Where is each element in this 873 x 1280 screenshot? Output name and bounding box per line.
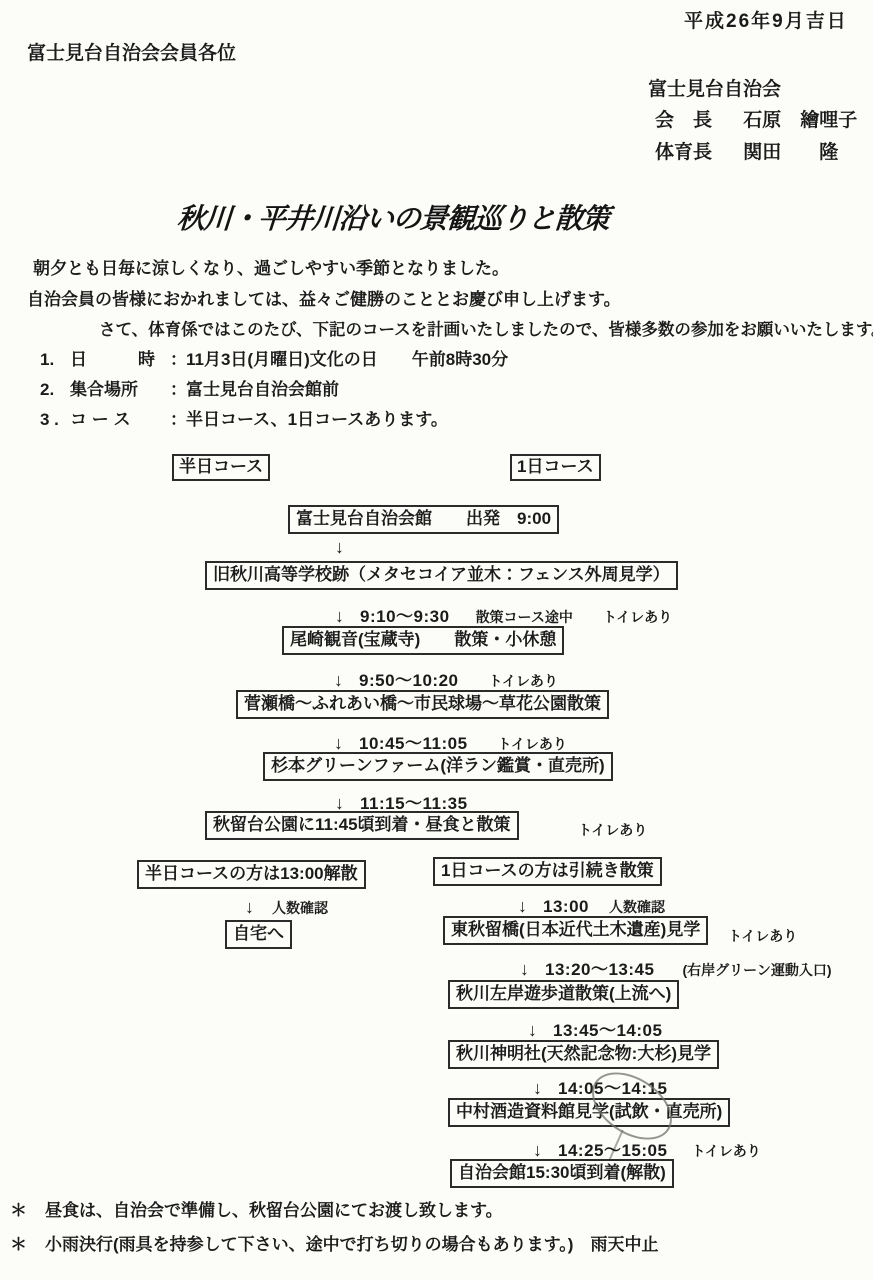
step-time: 9:10～9:30 <box>360 607 450 626</box>
toilet-note: トイレあり <box>498 736 567 752</box>
detail-colon: ： <box>170 349 186 370</box>
flow-box-sugimoto-green-farm: 杉本グリーンファーム(洋ラン鑑賞・直売所) <box>263 752 613 781</box>
flow-box-ozaki-kannon: 尾崎観音(宝蔵寺) 散策・小休憩 <box>282 626 564 655</box>
detail-row-course: 3 .コ ー ス：半日コース、1日コースあります。 <box>40 409 448 430</box>
greeting-line-2: 自治会員の皆様におかれましては、益々ご健勝のこととお慶び申し上げます。 <box>27 289 621 310</box>
detail-value: 富士見台自治会館前 <box>186 380 339 399</box>
full-day-step-1: ↓13:00人数確認 <box>518 896 665 917</box>
flow-step-2: ↓9:10～9:30散策コース途中トイレあり <box>335 602 672 627</box>
detail-label: コ ー ス <box>70 409 170 430</box>
down-arrow-icon: ↓ <box>528 1020 537 1040</box>
half-day-course-header: 半日コース <box>172 454 270 481</box>
flow-box-higashi-akiru-bridge: 東秋留橋(日本近代土木遺産)見学 <box>443 916 708 945</box>
officer-name: 石原 繪哩子 <box>743 110 857 131</box>
flow-box-akirudai-park-lunch: 秋留台公園に11:45頃到着・昼食と散策 <box>205 811 519 840</box>
down-arrow-icon: ↓ <box>335 793 344 813</box>
half-day-home-box: 自宅へ <box>225 920 292 949</box>
step-time: 14:25～15:05 <box>558 1141 667 1160</box>
flow-box-old-akigawa-school: 旧秋川高等学校跡（メタセコイア並木：フェンス外周見学） <box>205 561 678 590</box>
step-time: 13:45～14:05 <box>553 1021 662 1040</box>
headcount-note: 人数確認 <box>609 899 665 915</box>
scanned-notice-page: 平成26年9月吉日 富士見台自治会会員各位 富士見台自治会 会 長 石原 繪哩子… <box>0 0 873 1280</box>
detail-number: 3 . <box>40 409 70 430</box>
officer-title: 体育長 <box>655 141 738 165</box>
down-arrow-icon: ↓ <box>245 897 254 917</box>
footnote-rain: ＊小雨決行(雨具を持参して下さい、途中で打ち切りの場合もあります。) 雨天中止 <box>10 1234 658 1255</box>
down-arrow-icon: ↓ <box>518 896 527 916</box>
page-title: 秋川・平井川沿いの景観巡りと散策 <box>176 197 611 237</box>
half-day-dismiss-box: 半日コースの方は13:00解散 <box>137 860 366 889</box>
officer-title: 会 長 <box>655 109 738 133</box>
full-day-continue-box: 1日コースの方は引続き散策 <box>433 857 662 886</box>
down-arrow-icon: ↓ <box>533 1078 542 1098</box>
step-note: 散策コース途中 <box>476 609 573 625</box>
detail-row-datetime: 1.日 時：11月3日(月曜日)文化の日 午前8時30分 <box>40 349 508 370</box>
down-arrow-icon: ↓ <box>533 1140 542 1160</box>
flow-box-suzase-bridge-walk: 菅瀬橋～ふれあい橋～市民球場～草花公園散策 <box>236 690 609 719</box>
detail-label: 日 時 <box>70 349 170 370</box>
greeting-line-3: さて、体育係ではこのたび、下記のコースを計画いたしましたので、皆様多数の参加をお… <box>99 320 873 341</box>
down-arrow-icon: ↓ <box>520 959 529 979</box>
step-time: 10:45～11:05 <box>359 734 468 753</box>
detail-colon: ： <box>170 409 186 430</box>
full-day-course-header: 1日コース <box>510 454 601 481</box>
asterisk-mark: ＊ <box>10 1235 27 1254</box>
step-time: 13:20～13:45 <box>545 960 654 979</box>
date-line: 平成26年9月吉日 <box>684 10 848 34</box>
toilet-note: トイレあり <box>603 609 672 625</box>
detail-label: 集合場所 <box>70 379 170 400</box>
headcount-note: 人数確認 <box>272 900 328 916</box>
down-arrow-icon: ↓ <box>334 733 343 753</box>
detail-number: 2. <box>40 379 70 400</box>
officer-row-chairman: 会 長 石原 繪哩子 <box>655 109 857 133</box>
flow-box-start-hall: 富士見台自治会館 出発 9:00 <box>288 505 559 534</box>
detail-number: 1. <box>40 349 70 370</box>
asterisk-mark: ＊ <box>10 1201 27 1220</box>
addressee: 富士見台自治会会員各位 <box>27 42 236 66</box>
flow-box-nakamura-brewery: 中村酒造資料館見学(試飲・直売所) <box>448 1098 730 1127</box>
full-day-step-2: ↓13:20～13:45(右岸グリーン運動入口) <box>520 955 832 980</box>
footnote-text: 小雨決行(雨具を持参して下さい、途中で打ち切りの場合もあります。) 雨天中止 <box>45 1235 658 1254</box>
detail-colon: ： <box>170 379 186 400</box>
flow-step-4: ↓10:45～11:05トイレあり <box>334 729 567 754</box>
org-name: 富士見台自治会 <box>648 78 781 102</box>
flow-box-hall-return: 自治会館15:30頃到着(解散) <box>450 1159 674 1188</box>
flow-box-shinmeisha-shrine: 秋川神明社(天然記念物:大杉)見学 <box>448 1040 719 1069</box>
down-arrow-icon: ↓ <box>335 537 344 557</box>
step-note: (右岸グリーン運動入口) <box>682 962 831 978</box>
footnote-lunch: ＊昼食は、自治会で準備し、秋留台公園にてお渡し致します。 <box>10 1200 503 1221</box>
footnote-text: 昼食は、自治会で準備し、秋留台公園にてお渡し致します。 <box>45 1201 503 1220</box>
toilet-note: トイレあり <box>691 1143 760 1159</box>
flow-box-left-bank-walk: 秋川左岸遊歩道散策(上流へ) <box>448 980 679 1009</box>
officer-name: 関田 隆 <box>743 142 838 163</box>
full-day-step-5: ↓14:25～15:05トイレあり <box>533 1136 761 1161</box>
full-day-step-3: ↓13:45～14:05 <box>528 1016 662 1041</box>
officer-row-sports-chief: 体育長 関田 隆 <box>655 141 838 165</box>
flow-step-3: ↓9:50～10:20トイレあり <box>334 666 558 691</box>
half-day-step-1: ↓人数確認 <box>245 897 328 918</box>
toilet-note: トイレあり <box>728 926 797 946</box>
detail-value: 11月3日(月曜日)文化の日 午前8時30分 <box>186 350 508 369</box>
flow-step-1: ↓ <box>335 537 344 558</box>
greeting-line-1: 朝夕とも日毎に涼しくなり、過ごしやすい季節となりました。 <box>33 258 509 279</box>
detail-row-meeting-place: 2.集合場所：富士見台自治会館前 <box>40 379 339 400</box>
down-arrow-icon: ↓ <box>334 670 343 690</box>
toilet-note: トイレあり <box>578 820 647 840</box>
toilet-note: トイレあり <box>489 673 558 689</box>
step-time: 9:50～10:20 <box>359 671 459 690</box>
step-time: 13:00 <box>543 897 589 916</box>
detail-value: 半日コース、1日コースあります。 <box>186 410 448 429</box>
down-arrow-icon: ↓ <box>335 606 344 626</box>
